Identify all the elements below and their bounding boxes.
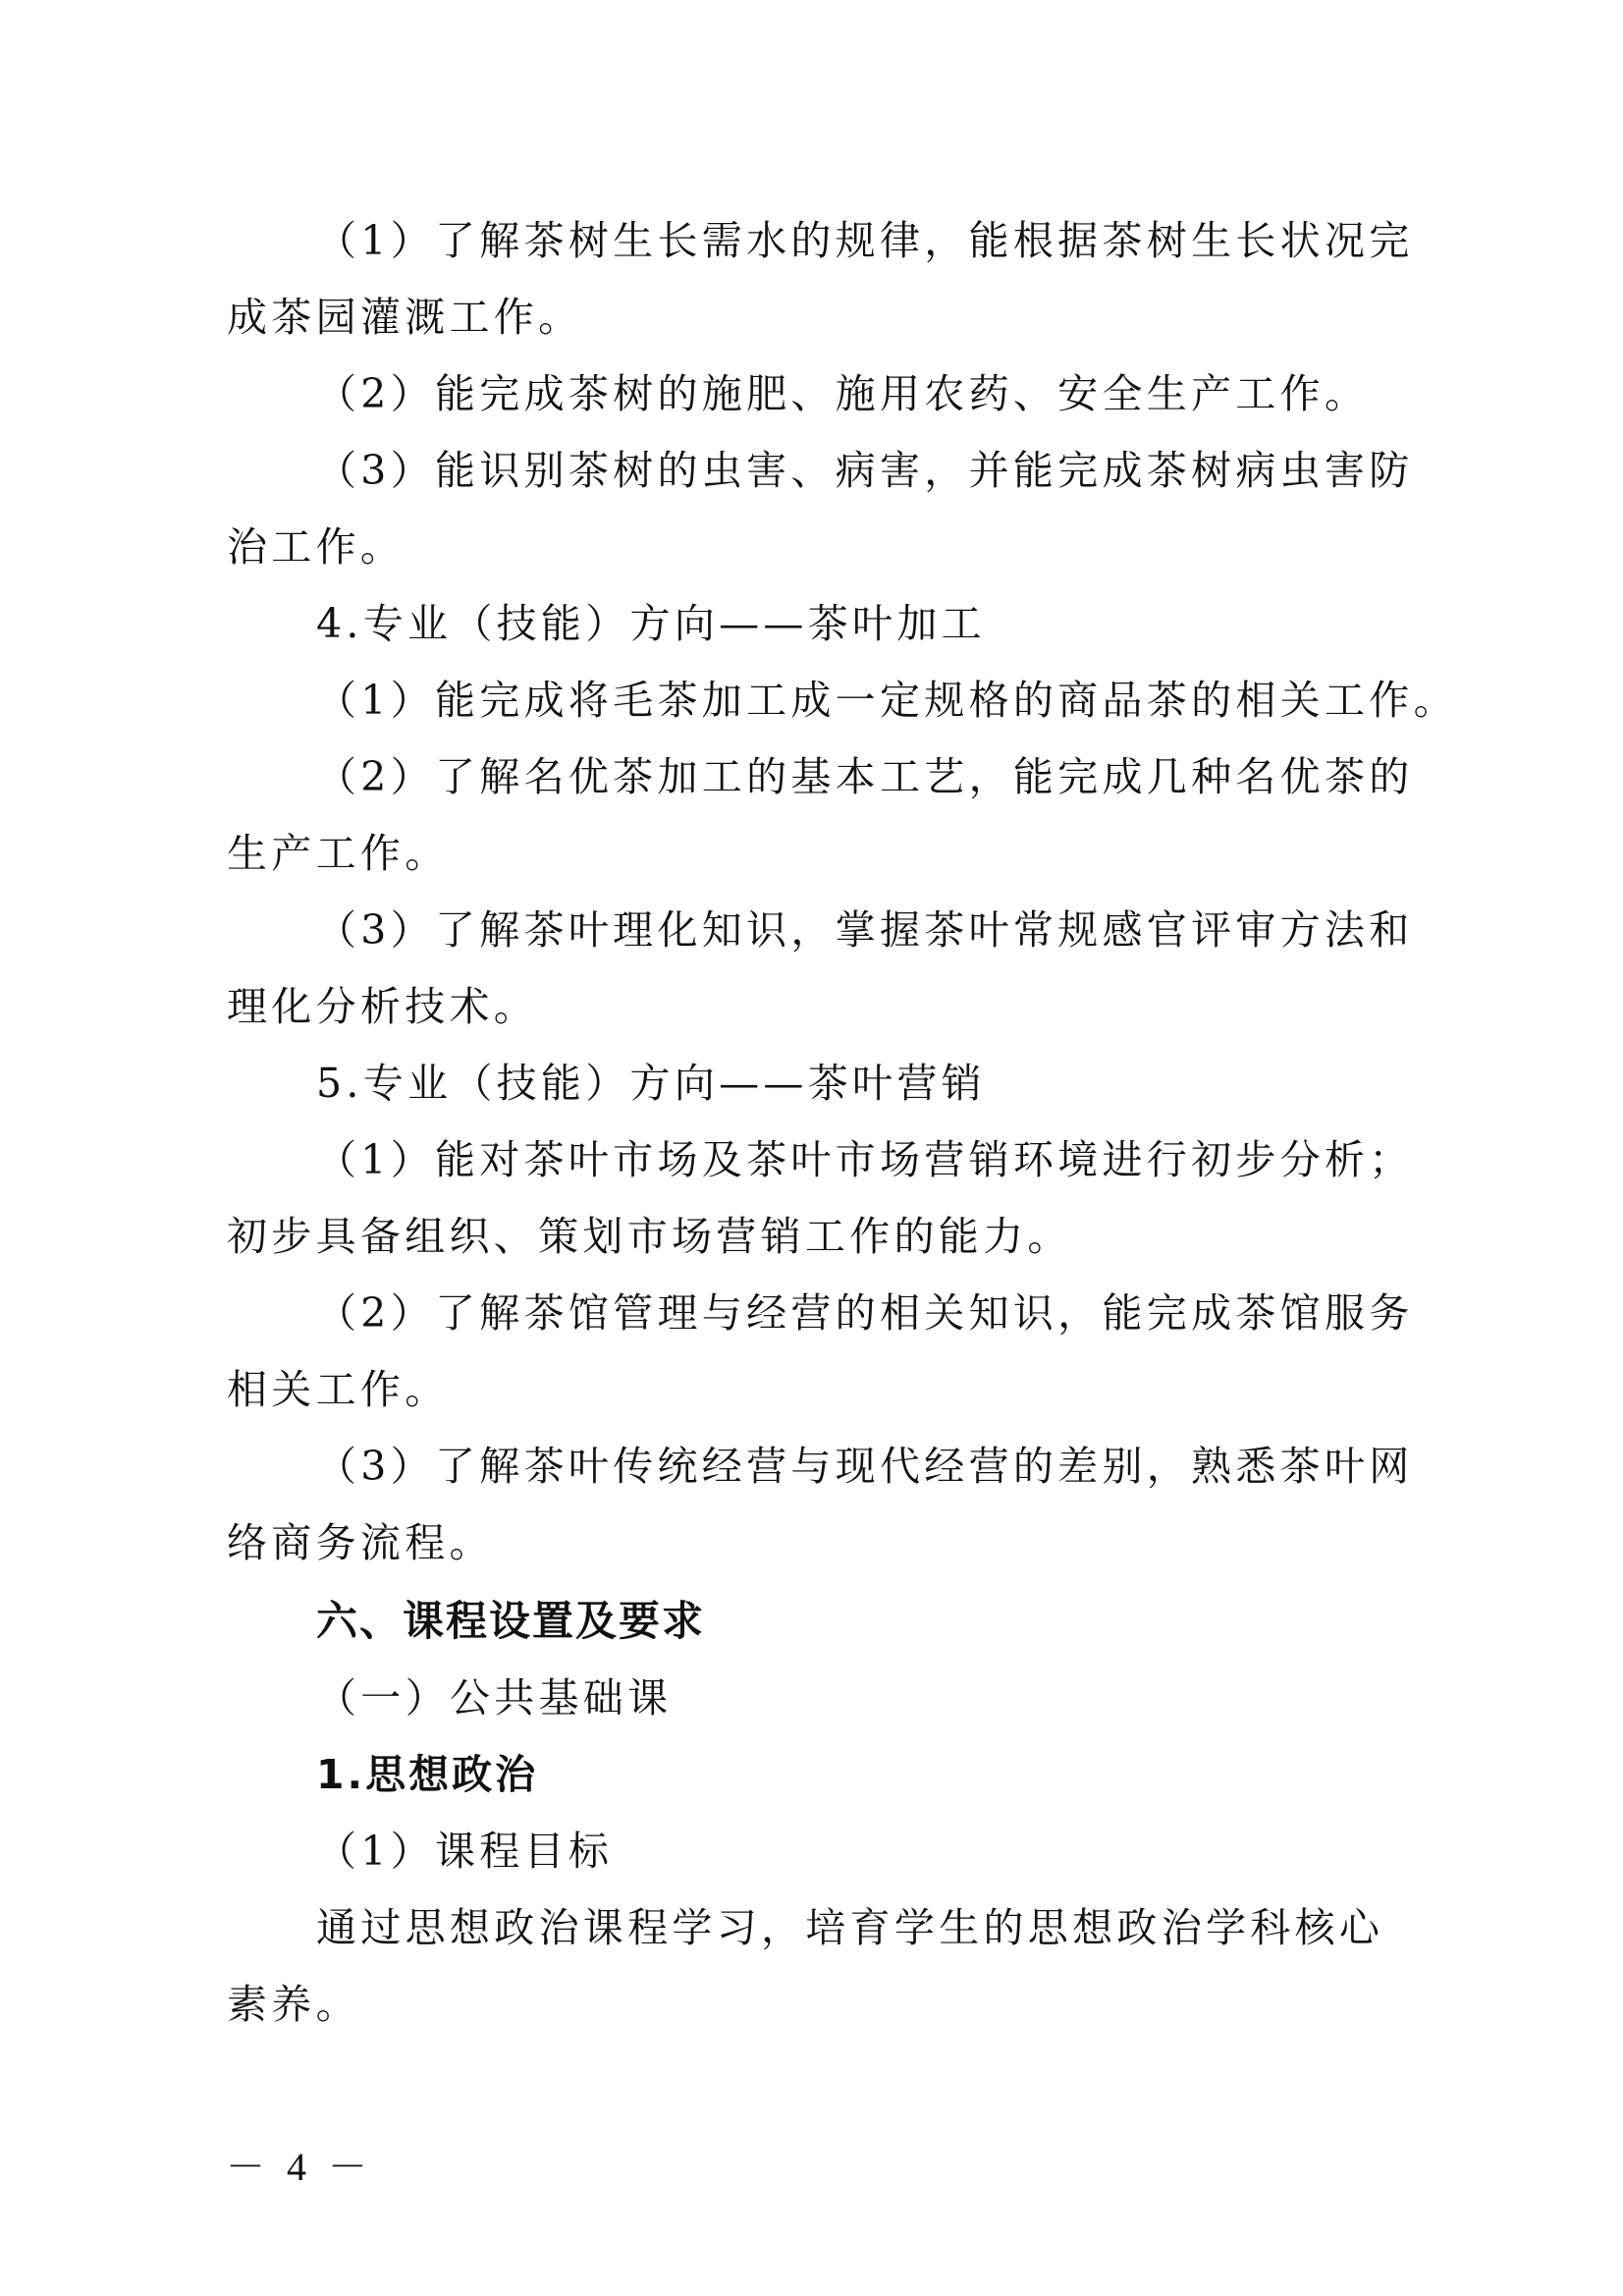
paragraph-line: （1）能对茶叶市场及茶叶市场营销环境进行初步分析； [316,1135,1414,1184]
paragraph-line: （1）了解茶树生长需水的规律，能根据茶树生长状况完 [316,216,1414,265]
section-heading: 六、课程设置及要求 [316,1597,705,1646]
page-number: － 4 － [226,2143,373,2192]
subheading-tea-marketing: 5.专业（技能）方向——茶叶营销 [316,1059,986,1108]
paragraph-line: 相关工作。 [227,1365,450,1414]
subheading-tea-processing: 4.专业（技能）方向——茶叶加工 [316,599,986,648]
paragraph-line: （2）了解茶馆管理与经营的相关知识，能完成茶馆服务 [316,1288,1414,1338]
paragraph-line: 络商务流程。 [227,1518,494,1567]
paragraph-line: （3）能识别茶树的虫害、病害，并能完成茶树病虫害防 [316,446,1414,495]
paragraph-line: （1）能完成将毛茶加工成一定规格的商品茶的相关工作。 [316,676,1458,725]
course-subheading: （1）课程目标 [316,1827,613,1876]
paragraph-line: 理化分析技术。 [227,982,538,1031]
paragraph-line: （2）能完成茶树的施肥、施用农药、安全生产工作。 [316,369,1369,418]
paragraph-line: 初步具备组织、策划市场营销工作的能力。 [227,1212,1072,1261]
paragraph-line: 素养。 [227,1980,360,2029]
subsection-heading: （一）公共基础课 [316,1673,672,1722]
paragraph-line: 生产工作。 [227,829,450,878]
course-heading: 1.思想政治 [316,1750,538,1799]
paragraph-line: 成茶园灌溉工作。 [227,293,582,342]
paragraph-line: （2）了解名优茶加工的基本工艺，能完成几种名优茶的 [316,752,1414,801]
paragraph-line: 通过思想政治课程学习，培育学生的思想政治学科核心 [316,1903,1383,1952]
paragraph-line: （3）了解茶叶传统经营与现代经营的差别，熟悉茶叶网 [316,1442,1414,1491]
paragraph-line: （3）了解茶叶理化知识，掌握茶叶常规感官评审方法和 [316,905,1414,955]
paragraph-line: 治工作。 [227,522,405,572]
